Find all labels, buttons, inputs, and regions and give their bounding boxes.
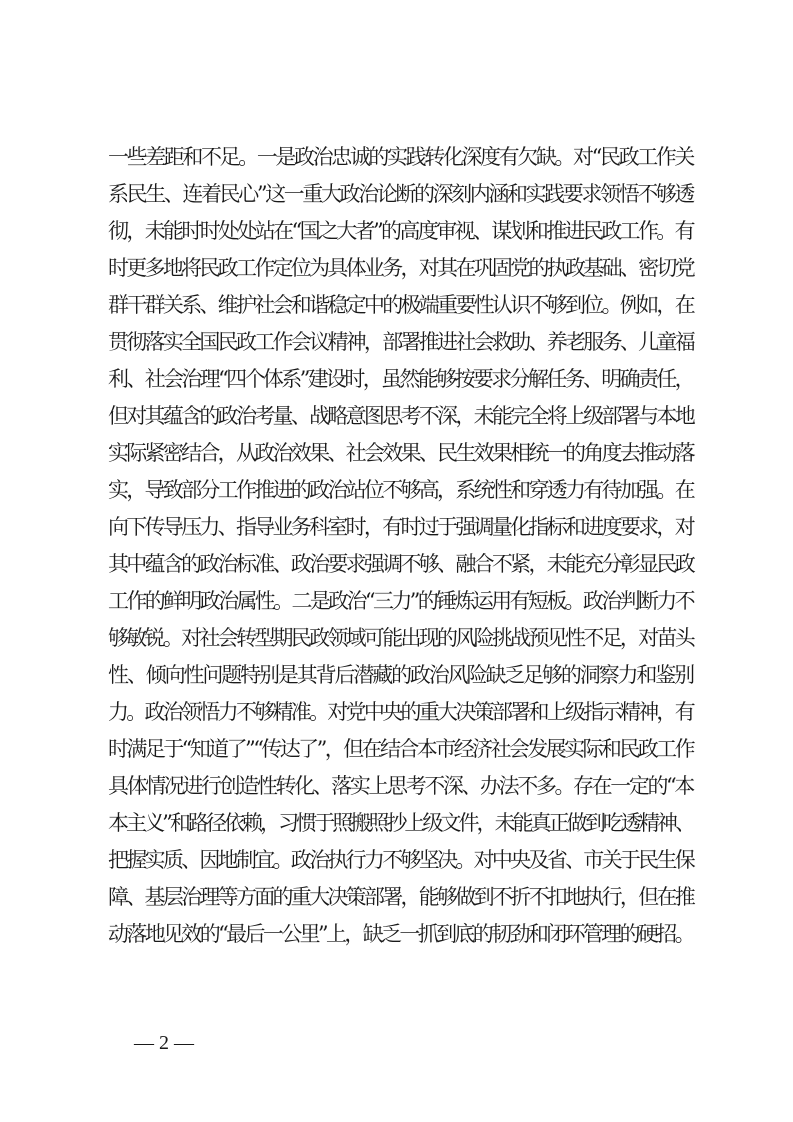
text-line: 贯彻落实全国民政工作会议精神，部署推进社会救助、养老服务、儿童福 <box>108 324 693 361</box>
text-line: 向下传导压力、指导业务科室时，有时过于强调量化指标和进度要求，对 <box>108 509 693 546</box>
text-line: 彻，未能时时处处站在“国之大者”的高度审视、谋划和推进民政工作。有 <box>108 213 693 250</box>
text-line: 其中蕴含的政治标准、政治要求强调不够、融合不紧，未能充分彰显民政 <box>108 546 693 583</box>
text-line: 动落地见效的“最后一公里”上，缺乏一抓到底的韧劲和闭环管理的硬招。 <box>108 916 693 953</box>
text-line: 工作的鲜明政治属性。二是政治“三力”的锤炼运用有短板。政治判断力不 <box>108 583 693 620</box>
text-line: 实，导致部分工作推进的政治站位不够高，系统性和穿透力有待加强。在 <box>108 472 693 509</box>
document-page: 一些差距和不足。一是政治忠诚的实践转化深度有欠缺。对“民政工作关 系民生、连着民… <box>0 0 793 1122</box>
body-paragraph: 一些差距和不足。一是政治忠诚的实践转化深度有欠缺。对“民政工作关 系民生、连着民… <box>108 139 693 953</box>
page-number: — 2 — <box>134 1030 194 1056</box>
text-line: 系民生、连着民心”这一重大政治论断的深刻内涵和实践要求领悟不够透 <box>108 176 693 213</box>
text-line: 障、基层治理等方面的重大决策部署，能够做到不折不扣地执行，但在推 <box>108 879 693 916</box>
text-line: 时满足于“知道了”“传达了”，但在结合本市经济社会发展实际和民政工作 <box>108 731 693 768</box>
text-line: 实际紧密结合，从政治效果、社会效果、民生效果相统一的角度去推动落 <box>108 435 693 472</box>
text-line: 时更多地将民政工作定位为具体业务，对其在巩固党的执政基础、密切党 <box>108 250 693 287</box>
text-line: 但对其蕴含的政治考量、战略意图思考不深，未能完全将上级部署与本地 <box>108 398 693 435</box>
text-line: 够敏锐。对社会转型期民政领域可能出现的风险挑战预见性不足，对苗头 <box>108 620 693 657</box>
text-line: 利、社会治理“四个体系”建设时，虽然能够按要求分解任务、明确责任， <box>108 361 693 398</box>
text-line: 群干群关系、维护社会和谐稳定中的极端重要性认识不够到位。例如，在 <box>108 287 693 324</box>
text-line: 性、倾向性问题特别是其背后潜藏的政治风险缺乏足够的洞察力和鉴别 <box>108 657 693 694</box>
text-line: 本主义”和路径依赖，习惯于照搬照抄上级文件，未能真正做到吃透精神、 <box>108 805 693 842</box>
text-line: 具体情况进行创造性转化、落实上思考不深、办法不多。存在一定的“本 <box>108 768 693 805</box>
text-line: 一些差距和不足。一是政治忠诚的实践转化深度有欠缺。对“民政工作关 <box>108 139 693 176</box>
text-line: 把握实质、因地制宜。政治执行力不够坚决。对中央及省、市关于民生保 <box>108 842 693 879</box>
text-line: 力。政治领悟力不够精准。对党中央的重大决策部署和上级指示精神，有 <box>108 694 693 731</box>
